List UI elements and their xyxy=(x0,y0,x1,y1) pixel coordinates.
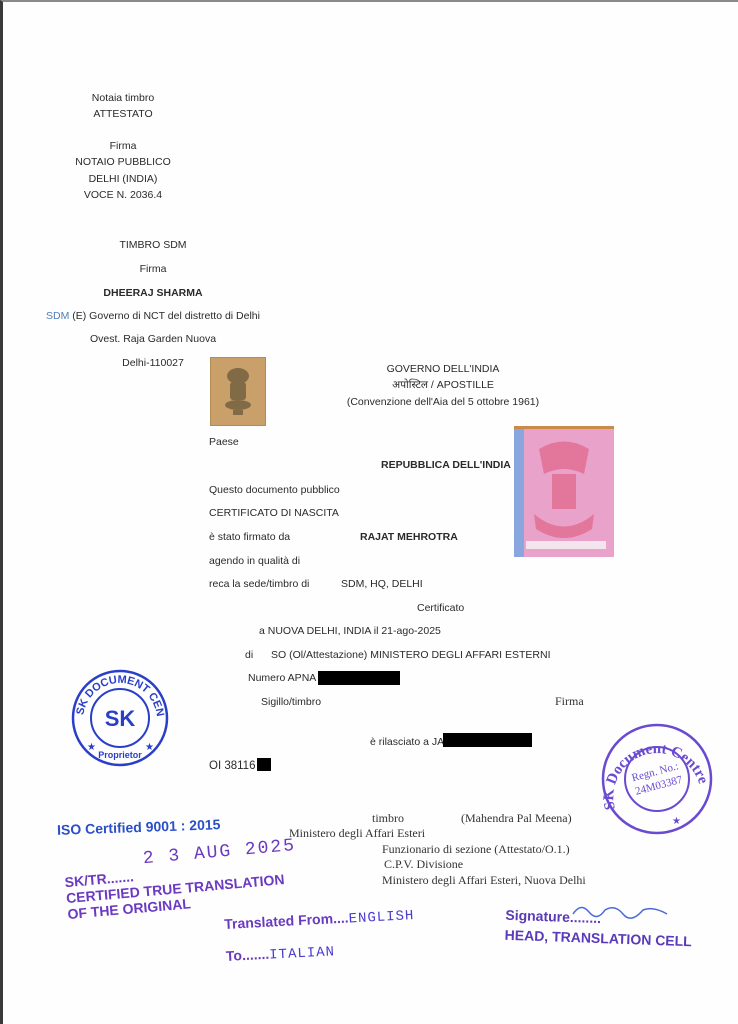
place-date: a NUOVA DELHI, INDIA il 21-ago-2025 xyxy=(259,625,441,638)
notary-attested: ATTESTATO xyxy=(93,108,152,121)
signatory-division: C.P.V. Divisione xyxy=(384,858,463,871)
signatory-name: (Mahendra Pal Meena) xyxy=(461,812,572,825)
emblem-revenue-stamp-icon xyxy=(514,426,614,557)
translated-from-label: Translated From.... xyxy=(224,909,349,931)
public-doc-value: CERTIFICATO DI NASCITA xyxy=(209,507,339,520)
document-page: Notaia timbro ATTESTATO Firma NOTAIO PUB… xyxy=(0,0,738,1024)
country-value: REPUBBLICA DELL'INDIA xyxy=(381,459,511,472)
signature-label: Firma xyxy=(555,695,584,708)
svg-text:★: ★ xyxy=(87,742,96,753)
signed-by-value: RAJAT MEHROTRA xyxy=(360,531,458,544)
iso-certified-stamp: ISO Certified 9001 : 2015 xyxy=(57,816,221,838)
sdm-address-2: Delhi-110027 xyxy=(122,357,184,370)
country-label: Paese xyxy=(209,436,239,449)
translated-from-stamp: Translated From....ENGLISH To.......ITAL… xyxy=(223,899,416,973)
svg-text:★: ★ xyxy=(672,816,681,827)
handwritten-signature-icon xyxy=(571,900,671,920)
target-language: ITALIAN xyxy=(269,944,336,963)
sdm-name: DHEERAJ SHARMA xyxy=(103,287,202,300)
svg-text:★: ★ xyxy=(145,742,154,753)
by-label: di xyxy=(245,649,253,662)
signatory-stamp-label: timbro xyxy=(372,812,404,825)
ashoka-emblem-stamp-icon xyxy=(210,357,266,426)
sdm-role-rest: (E) Governo di NCT del distretto di Delh… xyxy=(69,310,260,322)
sdm-signature-label: Firma xyxy=(140,263,167,276)
notary-stamp-label: Notaia timbro xyxy=(92,92,154,105)
sdm-stamp-label: TIMBRO SDM xyxy=(119,239,186,252)
notary-title: NOTAIO PUBBLICO xyxy=(75,156,171,169)
capacity-label: agendo in qualità di xyxy=(209,555,300,568)
sdm-address-1: Ovest. Raja Garden Nuova xyxy=(90,333,216,346)
apostille-title: अपोस्टिल / APOSTILLE xyxy=(392,379,494,392)
seal-stamp-label: Sigillo/timbro xyxy=(261,696,321,709)
oi-number: OI 38116 xyxy=(209,760,255,773)
redaction-box xyxy=(443,733,532,747)
seal-label: reca la sede/timbro di xyxy=(209,578,309,591)
svg-text:Proprietor: Proprietor xyxy=(98,750,142,760)
signatory-ministry-full: Ministero degli Affari Esteri, Nuova Del… xyxy=(382,874,586,887)
source-language: ENGLISH xyxy=(348,908,415,927)
number-label: Numero APNA xyxy=(248,672,316,685)
by-value: SO (Ol/Attestazione) MINISTERO DEGLI AFF… xyxy=(271,649,550,662)
certified-label: Certificato xyxy=(417,602,464,615)
notary-location: DELHI (INDIA) xyxy=(89,173,158,186)
svg-text:SK: SK xyxy=(105,706,136,731)
notary-entry: VOCE N. 2036.4 xyxy=(84,189,162,202)
to-label: To....... xyxy=(225,946,269,964)
issued-to-label: è rilasciato a JA xyxy=(370,736,444,749)
sdm-role: SDM (E) Governo di NCT del distretto di … xyxy=(46,310,260,323)
redaction-box xyxy=(257,758,271,771)
sdm-role-prefix: SDM xyxy=(46,310,69,322)
seal-value: SDM, HQ, DELHI xyxy=(341,578,423,591)
apostille-gov: GOVERNO DELL'INDIA xyxy=(387,363,500,376)
signatory-title: Funzionario di sezione (Attestato/O.1.) xyxy=(382,843,570,856)
sk-document-centre-seal-icon: SK DOCUMENT CENTRE SK Proprietor ★ ★ xyxy=(69,662,171,770)
notary-signature-label: Firma xyxy=(110,140,137,153)
apostille-convention: (Convenzione dell'Aia del 5 ottobre 1961… xyxy=(347,396,539,409)
signed-by-label: è stato firmato da xyxy=(209,531,290,544)
signatory-ministry: Ministero degli Affari Esteri xyxy=(289,827,425,840)
redaction-box xyxy=(318,671,400,685)
registration-seal-icon: SK Document Centre Regn. No.: 24M03387 ★ xyxy=(600,720,714,838)
public-doc-label: Questo documento pubblico xyxy=(209,484,340,497)
